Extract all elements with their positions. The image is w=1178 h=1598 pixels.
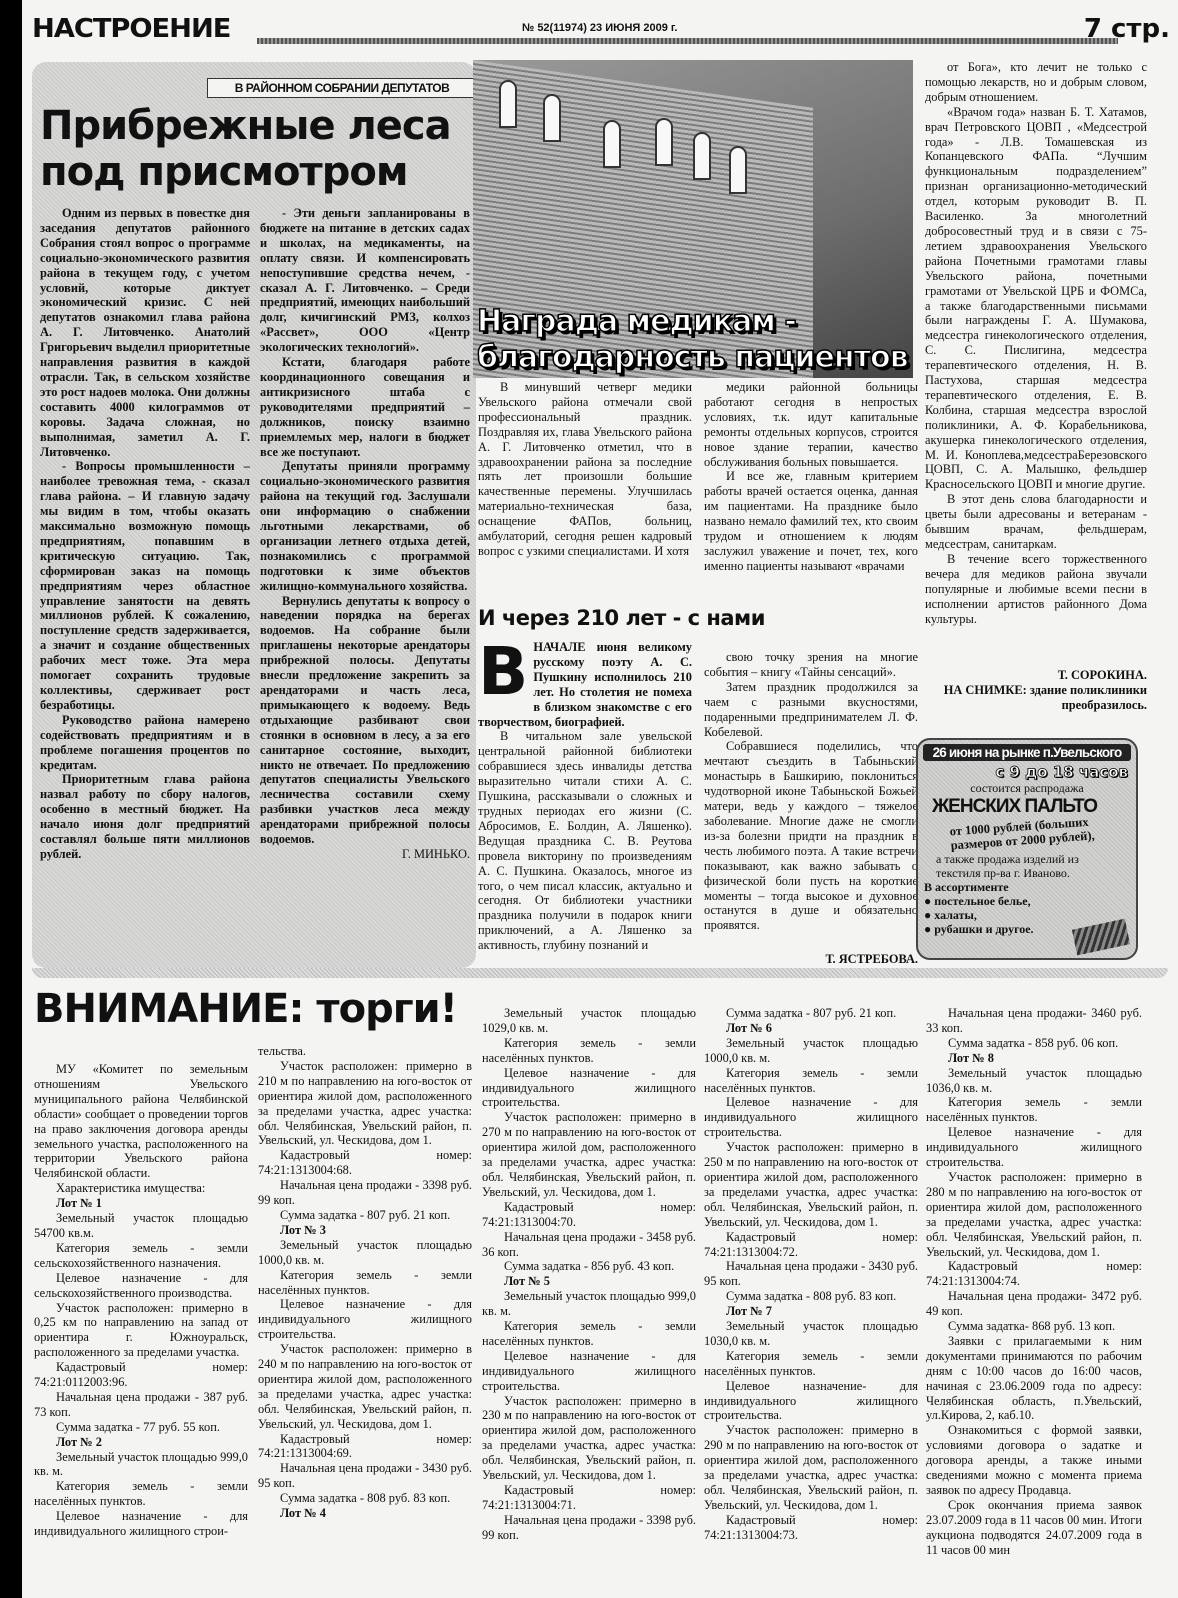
paragraph: Кадастровый номер: 74:21:1313004:70.	[482, 1200, 696, 1230]
paragraph: свою точку зрения на многие события – кн…	[704, 650, 918, 680]
window-icon	[693, 132, 711, 180]
paragraph: Лот № 5	[482, 1274, 696, 1289]
dropcap: В	[478, 642, 528, 702]
section-divider	[32, 968, 1168, 978]
paragraph: Участок расположен: примерно в 0,25 км п…	[34, 1301, 248, 1361]
newspaper-page: НАСТРОЕНИЕ № 52(11974) 23 ИЮНЯ 2009 г. 7…	[22, 0, 1178, 1598]
paragraph: Земельный участок площадью 999,0 кв. м.	[482, 1289, 696, 1319]
paragraph: Категория земель - земли сельскохозяйств…	[34, 1241, 248, 1271]
paragraph: Затем праздник продолжился за чаем с раз…	[704, 680, 918, 740]
window-icon	[655, 118, 673, 166]
paragraph: Кадастровый номер: 74:21:1313004:71.	[482, 1483, 696, 1513]
auction-title: ВНИМАНИЕ: торги!	[34, 986, 457, 1032]
ad-item: ● постельное белье,	[924, 894, 1136, 908]
paragraph: Кадастровый номер: 74:21:1313004:72.	[704, 1230, 918, 1260]
paragraph: Категория земель - земли населённых пунк…	[704, 1349, 918, 1379]
author: Т. ЯСТРЕБОВА.	[704, 952, 918, 967]
paragraph: Сумма задатка - 856 руб. 43 коп.	[482, 1259, 696, 1274]
paragraph: Срок окончания приема заявок 23.07.2009 …	[926, 1498, 1142, 1558]
paragraph: Лот № 8	[926, 1051, 1142, 1066]
paragraph: Земельный участок площадью 1000,0 кв. м.	[704, 1036, 918, 1066]
paragraph: Земельный участок площадью 1000,0 кв. м.	[258, 1238, 472, 1268]
paragraph: В этот день слова благодарности и цветы …	[925, 492, 1147, 552]
paragraph: Участок расположен: примерно в 250 м по …	[704, 1140, 918, 1229]
paragraph: МУ «Комитет по земельным отношениям Увел…	[34, 1062, 248, 1181]
article-title: Прибрежные леса под присмотром	[40, 103, 470, 195]
paragraph: медики районной больницы работают сегодн…	[704, 380, 918, 469]
paragraph: Лот № 1	[34, 1196, 248, 1211]
window-icon	[543, 94, 561, 142]
issue-date: № 52(11974) 23 ИЮНЯ 2009 г.	[518, 22, 681, 34]
paragraph: Сумма задатка - 807 руб. 21 коп.	[704, 1006, 918, 1021]
ad-time-line: с 9 до 18 часов	[918, 763, 1128, 781]
paragraph: Целевое назначение - для индивидуального…	[34, 1509, 248, 1539]
paragraph: тельства.	[258, 1044, 472, 1059]
auction-column: тельства.Участок расположен: примерно в …	[258, 1044, 472, 1521]
paragraph: И все же, главным критерием работы враче…	[704, 469, 918, 573]
paragraph: Кстати, благодаря работе координационног…	[260, 355, 470, 459]
paragraph: Одним из первых в повестке дня заседания…	[40, 206, 250, 459]
paragraph: В течение всего торжественного вечера дл…	[925, 552, 1147, 627]
page-number: 7 стр.	[1084, 14, 1170, 44]
article-title: И через 210 лет - с нами	[478, 606, 918, 630]
window-icon	[603, 120, 621, 168]
paragraph: Начальная цена продажи- 3472 руб. 49 коп…	[926, 1289, 1142, 1319]
paragraph: Депутаты приняли программу социально-эко…	[260, 459, 470, 593]
paragraph: Земельный участок площадью 1036,0 кв. м.	[926, 1066, 1142, 1096]
ad-subtitle: состоится распродажа	[918, 781, 1136, 796]
paragraph: Целевое назначение - для индивидуального…	[926, 1125, 1142, 1170]
article-column: - Эти деньги запланированы в бюджете на …	[260, 206, 470, 862]
paragraph: Категория земель - земли населённых пунк…	[704, 1066, 918, 1096]
auction-column: МУ «Комитет по земельным отношениям Увел…	[34, 1062, 248, 1539]
ad-date-line: 26 июня на рынке п.Увельского	[923, 744, 1131, 761]
article-column: медики районной больницы работают сегодн…	[704, 380, 918, 574]
paragraph: Участок расположен: примерно в 270 м по …	[482, 1110, 696, 1199]
paragraph: Начальная цена продажи - 3398 руб. 99 ко…	[258, 1178, 472, 1208]
paragraph: Сумма задатка - 858 руб. 06 коп.	[926, 1036, 1142, 1051]
paragraph: Целевое назначение - для сельскохозяйств…	[34, 1271, 248, 1301]
photo-title-line1: Награда медикам -	[477, 304, 909, 339]
paragraph: Целевое назначение - для индивидуального…	[704, 1095, 918, 1140]
paragraph: Категория земель - земли населённых пунк…	[482, 1036, 696, 1066]
auction-column: Земельный участок площадью 1029,0 кв. м.…	[482, 1006, 696, 1543]
paragraph: Приоритетным глава района назвал работу …	[40, 772, 250, 861]
author: Г. МИНЬКО.	[260, 847, 470, 862]
paragraph: Участок расположен: примерно в 210 м по …	[258, 1059, 472, 1148]
paragraph: Вернулись депутаты к вопросу о наведении…	[260, 594, 470, 847]
paragraph: Категория земель - земли населённых пунк…	[926, 1095, 1142, 1125]
paragraph: от Бога», кто лечит не только с помощью …	[925, 60, 1147, 105]
article-column: В минувший четверг медики Увельского рай…	[478, 380, 692, 559]
paragraph: Участок расположен: примерно в 290 м по …	[704, 1423, 918, 1512]
article-column: ВНАЧАЛЕ июня великому русскому поэту А. …	[478, 640, 692, 953]
paragraph: Начальная цена продажи - 3430 руб. 95 ко…	[258, 1461, 472, 1491]
paragraph: Начальная цена продажи - 3458 руб. 36 ко…	[482, 1230, 696, 1260]
paragraph: Категория земель - земли населённых пунк…	[482, 1319, 696, 1349]
paragraph: - Вопросы промышленности – наиболее трев…	[40, 459, 250, 712]
paragraph: Сумма задатка- 868 руб. 13 коп.	[926, 1319, 1142, 1334]
paragraph: Сумма задатка - 808 руб. 83 коп.	[704, 1289, 918, 1304]
masthead-rule	[257, 38, 1118, 44]
paragraph: Характеристика имущества:	[34, 1181, 248, 1196]
photo-title-line2: благодарность пациентов	[477, 340, 909, 375]
paragraph: В минувший четверг медики Увельского рай…	[478, 380, 692, 559]
paragraph: Земельный участок площадью 999,0 кв. м.	[34, 1450, 248, 1480]
paragraph: Целевое назначение - для индивидуального…	[482, 1066, 696, 1111]
clinic-photo: Награда медикам - благодарность пациенто…	[473, 60, 913, 378]
paragraph: Целевое назначение- для индивидуального …	[704, 1379, 918, 1424]
article-kicker: В РАЙОННОМ СОБРАНИИ ДЕПУТАТОВ	[207, 78, 477, 98]
ad-assortment-label: В ассортименте	[924, 880, 1136, 894]
article-lead: ВНАЧАЛЕ июня великому русскому поэту А. …	[478, 640, 692, 729]
paragraph: Ознакомиться с формой заявки, условиями …	[926, 1423, 1142, 1498]
article-body: В читальном зале увельской центральной р…	[478, 729, 692, 953]
paragraph: Кадастровый номер: 74:21:1313004:69.	[258, 1432, 472, 1462]
paragraph: Кадастровый номер: 74:21:0112003:96.	[34, 1360, 248, 1390]
paragraph: Лот № 6	[704, 1021, 918, 1036]
article-column: от Бога», кто лечит не только с помощью …	[925, 60, 1147, 626]
window-icon	[499, 80, 517, 128]
paragraph: Начальная цена продажи- 3460 руб. 33 коп…	[926, 1006, 1142, 1036]
advertisement: 26 июня на рынке п.Увельского с 9 до 18 …	[916, 738, 1138, 960]
ad-item: ● халаты,	[924, 908, 1136, 922]
auction-column: Сумма задатка - 807 руб. 21 коп.Лот № 6З…	[704, 1006, 918, 1543]
auction-column: Начальная цена продажи- 3460 руб. 33 коп…	[926, 1006, 1142, 1558]
paragraph: Руководство района намерено содействоват…	[40, 713, 250, 773]
author: Т. СОРОКИНА.	[925, 668, 1147, 683]
paragraph: Лот № 2	[34, 1435, 248, 1450]
paragraph: Сумма задатка - 77 руб. 55 коп.	[34, 1420, 248, 1435]
article-signoff: Т. СОРОКИНА. НА СНИМКЕ: здание поликлини…	[925, 668, 1147, 713]
paragraph: Категория земель - земли населённых пунк…	[34, 1479, 248, 1509]
paragraph: Категория земель - земли населённых пунк…	[258, 1268, 472, 1298]
article-signoff: Т. ЯСТРЕБОВА.	[704, 952, 918, 967]
paragraph: В читальном зале увельской центральной р…	[478, 729, 692, 953]
paragraph: Начальная цена продажи - 3398 руб. 99 ко…	[482, 1513, 696, 1543]
paragraph: Земельный участок площадью 1030,0 кв. м.	[704, 1319, 918, 1349]
paragraph: Начальная цена продажи - 3430 руб. 95 ко…	[704, 1259, 918, 1289]
article-column: свою точку зрения на многие события – кн…	[704, 650, 918, 933]
paragraph: Целевое назначение - для индивидуального…	[258, 1297, 472, 1342]
paragraph: Целевое назначение - для индивидуального…	[482, 1349, 696, 1394]
paragraph: Земельный участок площадью 1029,0 кв. м.	[482, 1006, 696, 1036]
paragraph: Лот № 7	[704, 1304, 918, 1319]
paragraph: Кадастровый номер: 74:21:1313004:68.	[258, 1148, 472, 1178]
paragraph: Собравшиеся поделились, что мечтают съез…	[704, 739, 918, 933]
paragraph: Земельный участок площадью 54700 кв.м.	[34, 1211, 248, 1241]
paragraph: Сумма задатка - 807 руб. 21 коп.	[258, 1208, 472, 1223]
paragraph: Кадастровый номер: 74:21:1313004:73.	[704, 1513, 918, 1543]
paragraph: «Врачом года» назван Б. Т. Хатамов, врач…	[925, 105, 1147, 493]
window-icon	[729, 146, 747, 194]
ad-also: а также продажа изделий из текстиля пр-в…	[936, 852, 1086, 880]
paragraph: - Эти деньги запланированы в бюджете на …	[260, 206, 470, 355]
paragraph: Заявки с прилагаемыми к ним документами …	[926, 1334, 1142, 1423]
photo-caption: НА СНИМКЕ: здание поликлиники преобразил…	[925, 683, 1147, 713]
paragraph: Лот № 4	[258, 1506, 472, 1521]
paragraph: Участок расположен: примерно в 240 м по …	[258, 1342, 472, 1431]
paragraph: Кадастровый номер: 74:21:1313004:74.	[926, 1259, 1142, 1289]
masthead: НАСТРОЕНИЕ № 52(11974) 23 ИЮНЯ 2009 г. 7…	[22, 0, 1178, 56]
section-rubric: НАСТРОЕНИЕ	[32, 14, 230, 44]
paragraph: Участок расположен: примерно в 230 м по …	[482, 1394, 696, 1483]
article-column: Одним из первых в повестке дня заседания…	[40, 206, 250, 862]
paragraph: Лот № 3	[258, 1223, 472, 1238]
paragraph: Начальная цена продажи - 387 руб. 73 коп…	[34, 1390, 248, 1420]
paragraph: Сумма задатка - 808 руб. 83 коп.	[258, 1491, 472, 1506]
paragraph: Участок расположен: примерно в 280 м по …	[926, 1170, 1142, 1259]
